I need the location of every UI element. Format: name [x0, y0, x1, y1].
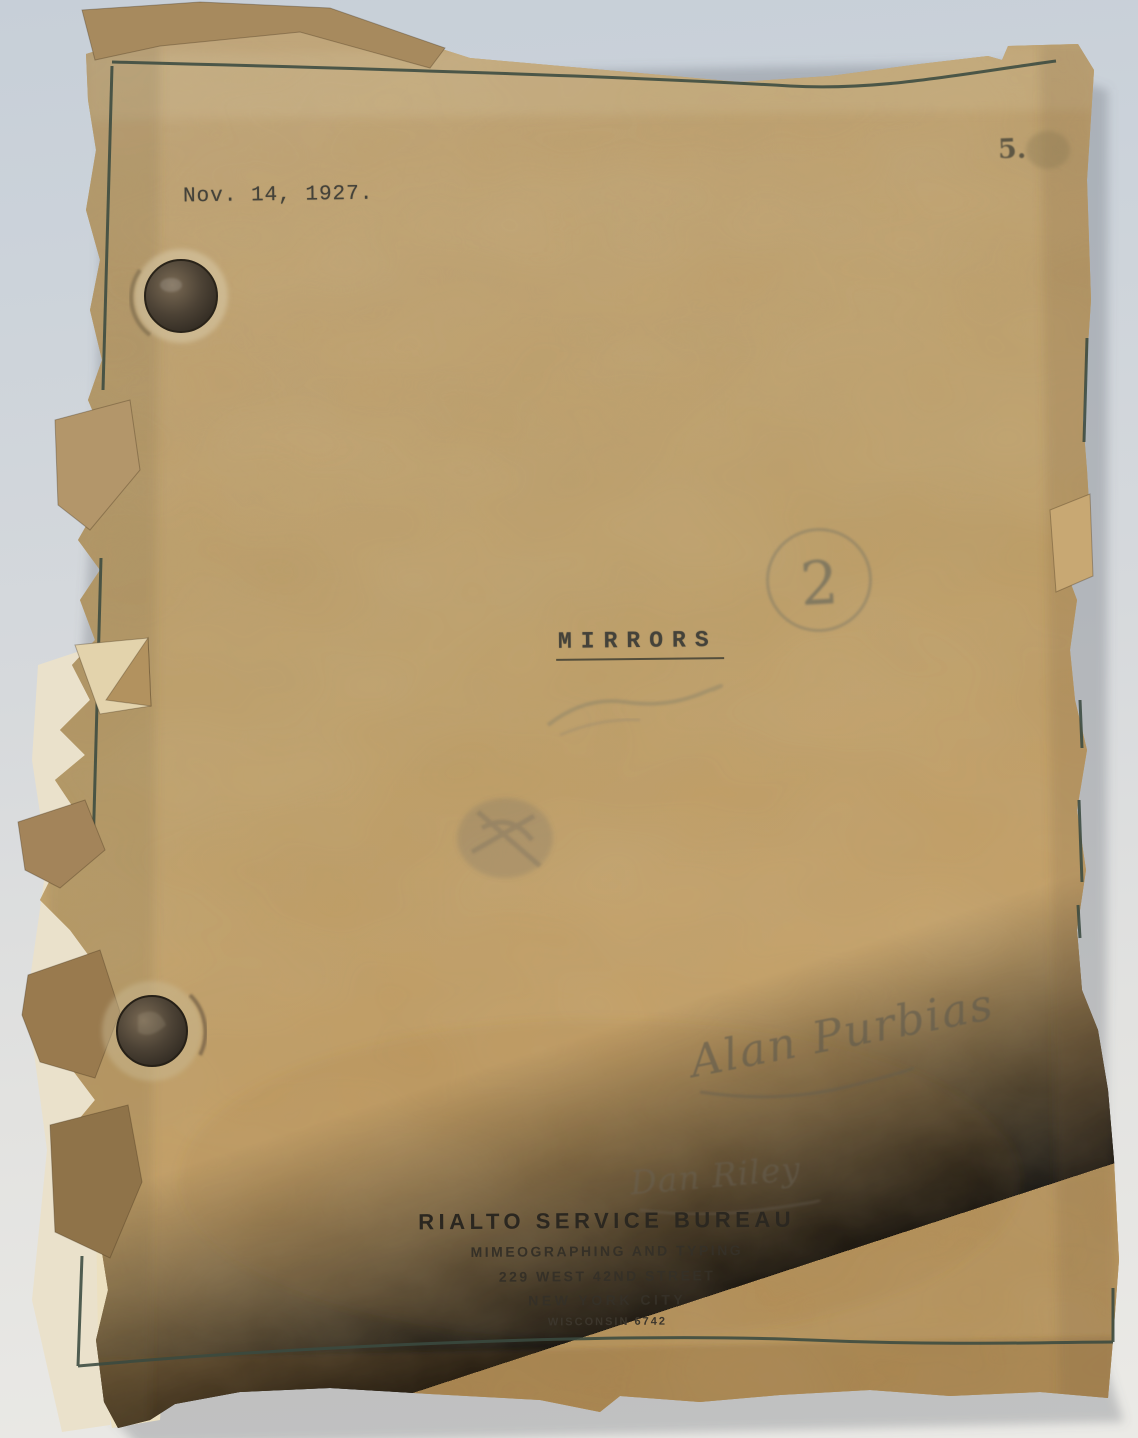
imprint-block: RIALTO SERVICE BUREAU MIMEOGRAPHING AND …	[392, 1207, 823, 1330]
photo-of-script-cover: Nov. 14, 1927. 5. 2 MIRRORS Alan Purbias…	[0, 0, 1138, 1438]
page-number: 5.	[997, 134, 1026, 166]
imprint-name: RIALTO SERVICE BUREAU	[392, 1207, 822, 1236]
circled-number-digit: 2	[798, 548, 840, 620]
stain-by-page-number	[1026, 131, 1070, 169]
imprint-service: MIMEOGRAPHING AND TYPING	[392, 1241, 822, 1260]
imprint-city: NEW YORK CITY	[392, 1290, 822, 1309]
imprint-address: 229 WEST 42ND STREET	[392, 1266, 822, 1285]
script-title: MIRRORS	[556, 627, 724, 661]
typed-date: Nov. 14, 1927.	[183, 183, 374, 209]
